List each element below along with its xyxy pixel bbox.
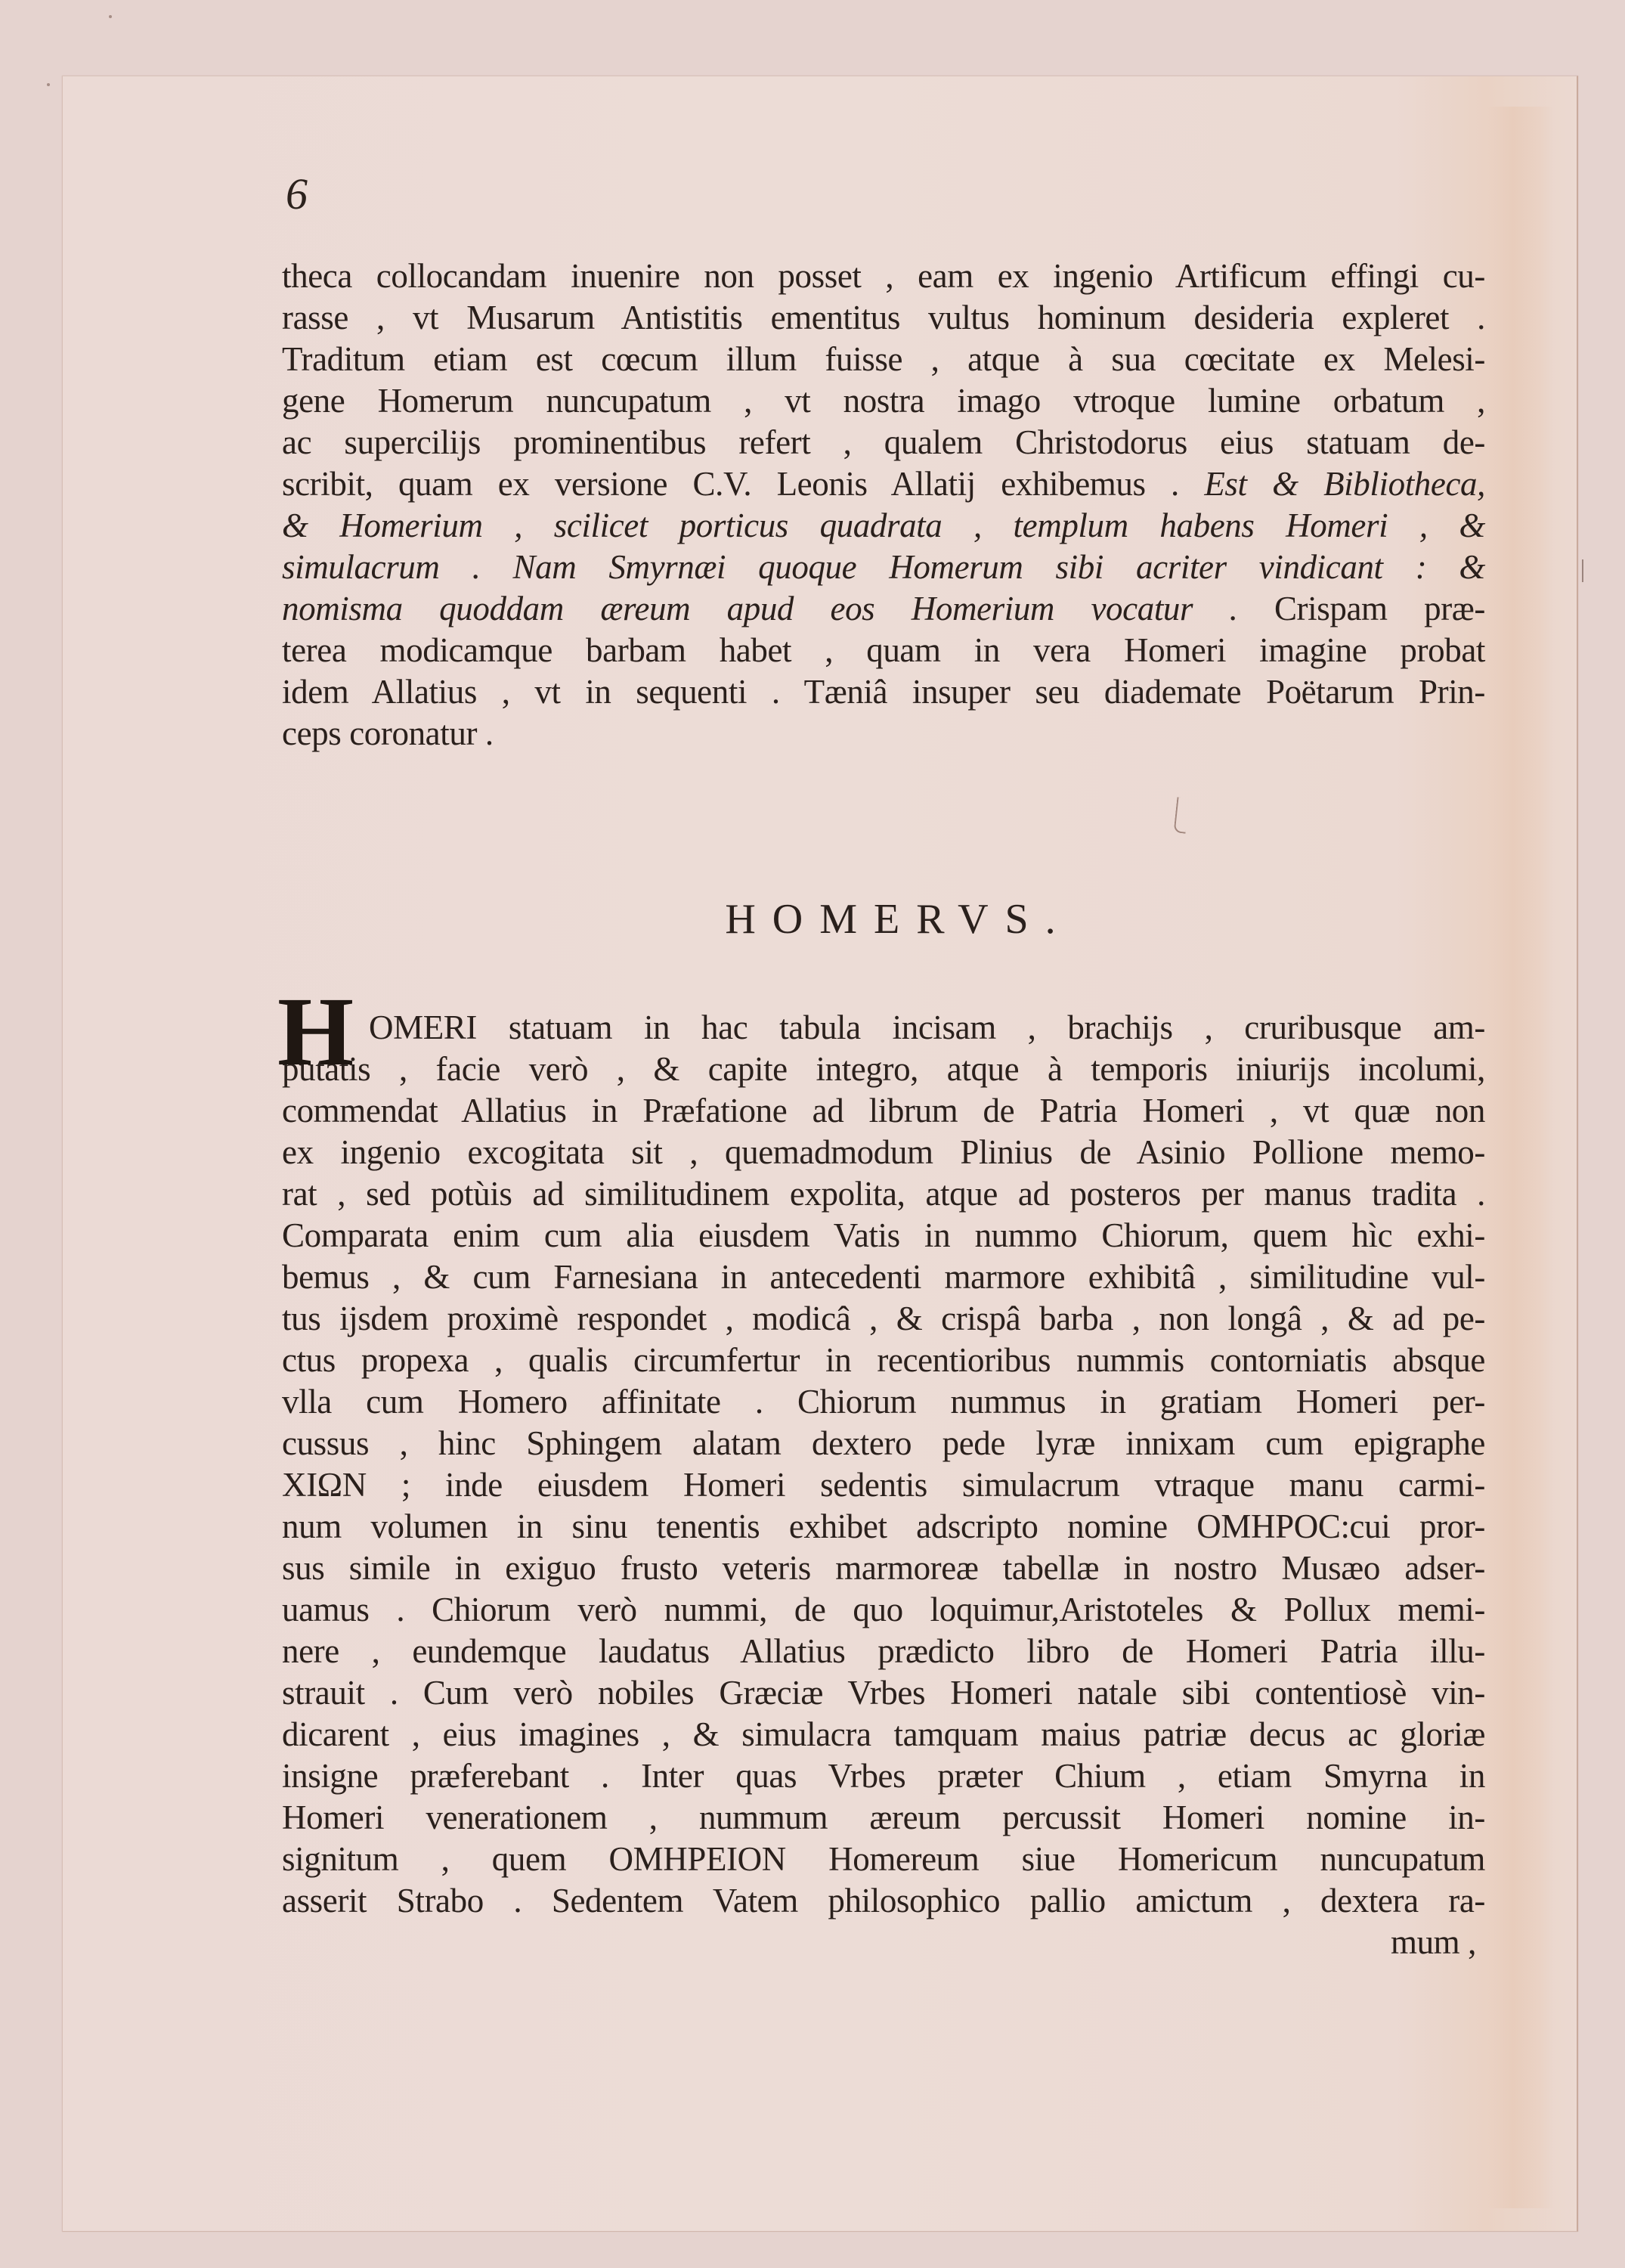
- text-line: tus ijsdem proximè respondet , modicâ , …: [282, 1298, 1485, 1340]
- text-line: XIΩN ; inde eiusdem Homeri sedentis simu…: [282, 1464, 1485, 1506]
- text-line: Comparata enim cum alia eiusdem Vatis in…: [282, 1215, 1485, 1256]
- text-segment: scribit, quam ex versione C.V. Leonis Al…: [282, 465, 1179, 503]
- text-line: OMERI statuam in hac tabula incisam , br…: [282, 1007, 1485, 1049]
- text-line: rat , sed potùis ad similitudinem expoli…: [282, 1173, 1485, 1215]
- drop-cap: H: [277, 983, 354, 1081]
- text-line: scribit, quam ex versione C.V. Leonis Al…: [282, 463, 1485, 505]
- text-line: theca collocandam inuenire non posset , …: [282, 256, 1485, 297]
- text-line: asserit Strabo . Sedentem Vatem philosop…: [282, 1880, 1485, 1922]
- text-line: dicarent , eius imagines , & simulacra t…: [282, 1714, 1485, 1755]
- text-line: ac supercilijs prominentibus refert , qu…: [282, 422, 1485, 463]
- text-line: terea modicamque barbam habet , quam in …: [282, 630, 1485, 671]
- margin-mark: [1582, 559, 1583, 582]
- text-line: nere , eundemque laudatus Allatius prædi…: [282, 1631, 1485, 1672]
- text-line: putatis , facie verò , & capite integro,…: [282, 1049, 1485, 1090]
- text-line: num volumen in sinu tenentis exhibet ads…: [282, 1506, 1485, 1548]
- section-heading: HOMERVS.: [282, 898, 1500, 940]
- italic-quote-line: & Homerium , scilicet porticus quadrata …: [282, 505, 1485, 547]
- text-line: gene Homerum nuncupatum , vt nostra imag…: [282, 380, 1485, 422]
- italic-quote: nomisma quoddam æreum apud eos Homerium …: [282, 590, 1237, 627]
- text-line: uamus . Chiorum verò nummi, de quo loqui…: [282, 1589, 1485, 1631]
- text-line: idem Allatius , vt in sequenti . Tæniâ i…: [282, 671, 1485, 713]
- text-line: nomisma quoddam æreum apud eos Homerium …: [282, 588, 1485, 630]
- italic-quote-line: simulacrum . Nam Smyrnæi quoque Homerum …: [282, 547, 1485, 588]
- foxing-stain: [1486, 107, 1554, 2208]
- text-line: commendat Allatius in Præfatione ad libr…: [282, 1090, 1485, 1132]
- text-line: ctus propexa , qualis circumfertur in re…: [282, 1340, 1485, 1381]
- text-line: strauit . Cum verò nobiles Græciæ Vrbes …: [282, 1672, 1485, 1714]
- text-line: cussus , hinc Sphingem alatam dextero pe…: [282, 1423, 1485, 1464]
- text-line: ex ingenio excogitata sit , quemadmodum …: [282, 1132, 1485, 1173]
- paragraph-2: H OMERI statuam in hac tabula incisam , …: [282, 1007, 1485, 1963]
- catchword: mum ,: [282, 1922, 1485, 1963]
- page-number: 6: [286, 172, 308, 216]
- backdrop-speck: [47, 83, 50, 86]
- text-line: bemus , & cum Farnesiana in antecedenti …: [282, 1256, 1485, 1298]
- text-line: insigne præferebant . Inter quas Vrbes p…: [282, 1755, 1485, 1797]
- text-line: Traditum etiam est cœcum illum fuisse , …: [282, 339, 1485, 380]
- backdrop-speck: [109, 15, 112, 18]
- text-line: ceps coronatur .: [282, 713, 1485, 754]
- text-line: vlla cum Homero affinitate . Chiorum num…: [282, 1381, 1485, 1423]
- text-segment: Crispam præ-: [1274, 590, 1485, 627]
- paragraph-1: theca collocandam inuenire non posset , …: [282, 256, 1485, 754]
- italic-quote: Est & Bibliotheca,: [1204, 465, 1485, 503]
- text-line: rasse , vt Musarum Antistitis ementitus …: [282, 297, 1485, 339]
- text-line: sus simile in exiguo frusto veteris marm…: [282, 1548, 1485, 1589]
- text-line: signitum , quem OMHPEION Homereum siue H…: [282, 1839, 1485, 1880]
- text-line: Homeri venerationem , nummum æreum percu…: [282, 1797, 1485, 1839]
